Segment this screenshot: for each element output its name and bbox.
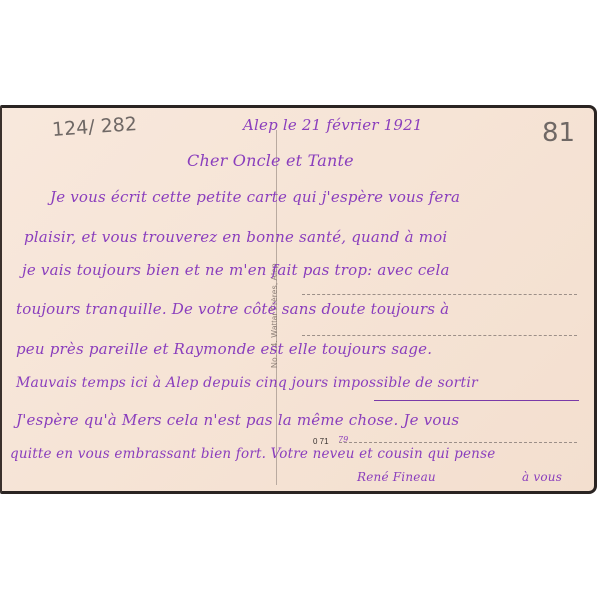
address-line-1	[302, 294, 577, 295]
letter-line-5: peu près pareille et Raymonde est elle t…	[16, 340, 432, 358]
letter-line-8: quitte en vous embrassant bien fort. Vot…	[10, 446, 495, 462]
postcard-back: No. 74. Wattar Frères, Alep 0 71 79 124/…	[0, 105, 597, 494]
letter-underline	[374, 400, 579, 401]
address-line-2	[302, 335, 577, 336]
scan-canvas: No. 74. Wattar Frères, Alep 0 71 79 124/…	[0, 0, 600, 600]
letter-closing-tail: à vous	[522, 470, 562, 484]
letter-signature: René Fineau	[357, 470, 436, 484]
pencil-lot-number: 81	[542, 118, 575, 148]
letter-line-7: J'espère qu'à Mers cela n'est pas la mêm…	[16, 411, 459, 429]
pencil-inventory-number: 124/ 282	[51, 113, 137, 141]
address-line-4	[339, 442, 577, 443]
letter-line-3: je vais toujours bien et ne m'en fait pa…	[22, 261, 450, 279]
letter-line-2: plaisir, et vous trouverez en bonne sant…	[24, 228, 447, 246]
letter-dateline: Alep le 21 février 1921	[243, 116, 423, 134]
letter-line-1: Je vous écrit cette petite carte qui j'e…	[50, 188, 460, 206]
letter-line-6: Mauvais temps ici à Alep depuis cinq jou…	[16, 375, 478, 391]
printed-code-suffix: 79	[338, 435, 348, 444]
letter-salutation: Cher Oncle et Tante	[187, 151, 354, 170]
printed-code: 0 71	[313, 437, 329, 446]
letter-line-4: toujours tranquille. De votre côté sans …	[16, 300, 449, 318]
